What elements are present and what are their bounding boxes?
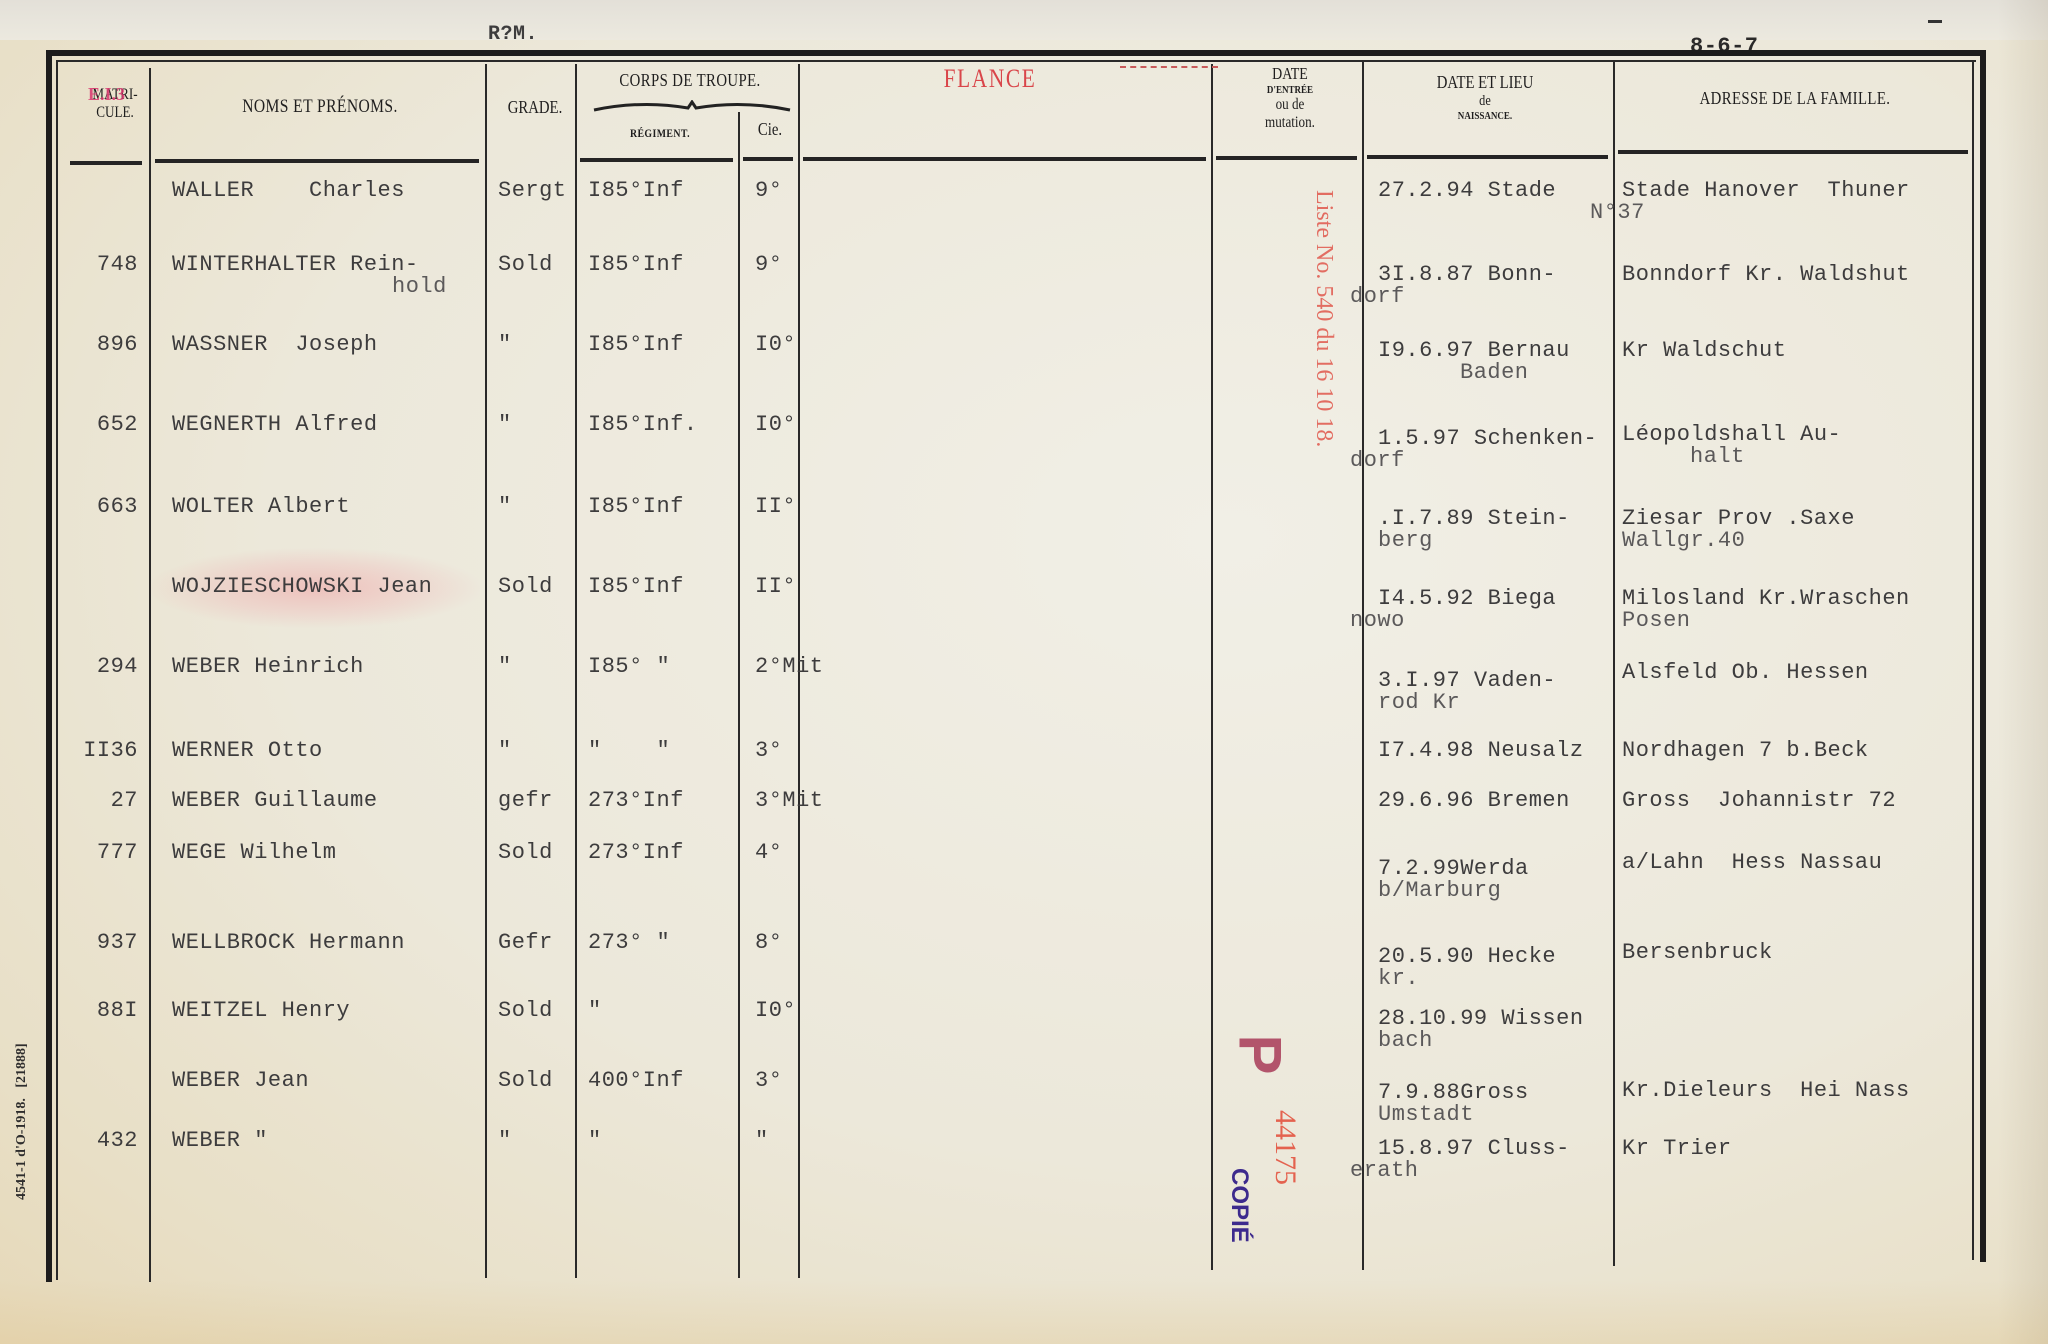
header-rule (1618, 150, 1968, 154)
cell-compagnie: " (755, 1130, 769, 1152)
cell-compagnie: II° (755, 496, 796, 518)
p-number-stamp: 44175 (1268, 1110, 1302, 1185)
cell-nom: WEBER " (172, 1130, 268, 1152)
cell-adresse: Ziesar Prov .Saxe (1622, 508, 1855, 530)
cell-naissance-continued: rod Kr (1378, 692, 1460, 714)
col-divider-noms (485, 64, 487, 1278)
cell-compagnie: 3° (755, 740, 782, 762)
cell-grade: Sold (498, 254, 553, 276)
ink-mark (1928, 20, 1942, 23)
cell-nom: WEBER Heinrich (172, 656, 364, 678)
cell-matricule: 663 (48, 496, 138, 518)
cell-naissance-continued: bach (1378, 1030, 1433, 1052)
col-divider-grade (575, 64, 577, 1278)
matricule-stamp: E.I.3 (88, 84, 125, 105)
cell-adresse: Gross Johannistr 72 (1622, 790, 1896, 812)
cell-matricule: 896 (48, 334, 138, 356)
cell-regiment: I85°Inf (588, 334, 684, 356)
header-naissance: DATE ET LIEU de NAISSANCE. (1391, 72, 1580, 122)
cell-compagnie: I0° (755, 414, 796, 436)
cell-naissance: 29.6.96 Bremen (1378, 790, 1570, 812)
cell-matricule: 294 (48, 656, 138, 678)
cell-nom: WEITZEL Henry (172, 1000, 350, 1022)
cell-adresse-continued: halt (1690, 446, 1745, 468)
header-regiment: RÉGIMENT. (611, 126, 709, 141)
header-noms: NOMS ET PRÉNOMS. (189, 96, 451, 118)
p-stamp: P (1226, 1034, 1295, 1074)
cell-naissance-continued: dorf (1350, 450, 1405, 472)
cell-naissance-continued: berg (1378, 530, 1433, 552)
cell-grade: Gefr (498, 932, 553, 954)
page-bottom-margin (0, 1280, 2048, 1344)
cell-matricule: 88I (48, 1000, 138, 1022)
cell-regiment: 273°Inf (588, 842, 684, 864)
header-rule (155, 159, 479, 163)
header-rule (743, 157, 793, 161)
cell-matricule: 937 (48, 932, 138, 954)
cell-nom: WEGE Wilhelm (172, 842, 336, 864)
cell-naissance: 1.5.97 Schenken- (1378, 428, 1597, 450)
cell-adresse: Léopoldshall Au- (1622, 424, 1841, 446)
frame-right (1980, 50, 1986, 1262)
cell-nom: WERNER Otto (172, 740, 323, 762)
cell-naissance-continued: nowo (1350, 610, 1405, 632)
cell-naissance: 15.8.97 Cluss- (1378, 1138, 1570, 1160)
col-divider-date-entree (1362, 60, 1364, 1270)
cell-adresse: a/Lahn Hess Nassau (1622, 852, 1882, 874)
col-divider-matricule (149, 68, 151, 1282)
header-compagnie: Cie. (750, 120, 791, 138)
cell-nom: WOLTER Albert (172, 496, 350, 518)
cell-adresse: Bersenbruck (1622, 942, 1773, 964)
cell-adresse: Alsfeld Ob. Hessen (1622, 662, 1869, 684)
cell-regiment: I85° " (588, 656, 670, 678)
cell-compagnie: II° (755, 576, 796, 598)
cell-grade: Sold (498, 1000, 553, 1022)
header-date-entree-2: D'ENTRÉE (1233, 84, 1348, 96)
cell-regiment: " " (588, 740, 670, 762)
header-date-entree-1: DATE (1233, 64, 1348, 84)
cell-grade: Sold (498, 1070, 553, 1092)
cell-regiment: I85°Inf (588, 180, 684, 202)
page-edge-shadow (1998, 0, 2048, 1344)
cell-naissance: .I.7.89 Stein- (1378, 508, 1570, 530)
cell-regiment: 273° " (588, 932, 670, 954)
col-divider-regiment (738, 112, 740, 1278)
header-naissance-2: de (1391, 93, 1580, 110)
frame-top (46, 50, 1986, 56)
cell-compagnie: 9° (755, 254, 782, 276)
cell-naissance-continued: Baden (1460, 362, 1529, 384)
cell-grade: " (498, 740, 512, 762)
header-matricule-line2: CULE. (70, 104, 160, 122)
cell-matricule: 652 (48, 414, 138, 436)
cell-naissance: 7.2.99Werda (1378, 858, 1529, 880)
cell-adresse-continued: Wallgr.40 (1622, 530, 1745, 552)
cell-naissance: I4.5.92 Biega (1378, 588, 1556, 610)
cell-naissance: 20.5.90 Hecke (1378, 946, 1556, 968)
header-date-entree-3: ou de (1233, 96, 1348, 114)
cell-adresse: Nordhagen 7 b.Beck (1622, 740, 1869, 762)
cell-regiment: 273°Inf (588, 790, 684, 812)
cell-adresse: Stade Hanover Thuner (1622, 180, 1910, 202)
col-divider-naissance (1613, 60, 1615, 1266)
cell-nom-continued: hold (392, 276, 447, 298)
cell-naissance: 3.I.97 Vaden- (1378, 670, 1556, 692)
cell-naissance-continued: erath (1350, 1160, 1419, 1182)
printer-imprint: 4541-1 d'O-1918. [21888] (14, 1043, 30, 1200)
cell-nom: WASSNER Joseph (172, 334, 378, 356)
cell-naissance-continued: dorf (1350, 286, 1405, 308)
cell-matricule: 432 (48, 1130, 138, 1152)
cell-matricule: 27 (48, 790, 138, 812)
header-corps: CORPS DE TROUPE. (600, 70, 780, 91)
corps-brace (592, 100, 792, 114)
cell-naissance: 3I.8.87 Bonn- (1378, 264, 1556, 286)
cell-naissance: 7.9.88Gross (1378, 1082, 1529, 1104)
cell-adresse: Bonndorf Kr. Waldshut (1622, 264, 1910, 286)
cell-compagnie: 2°Mit (755, 656, 824, 678)
cell-grade: " (498, 334, 512, 356)
cell-nom: WEBER Jean (172, 1070, 309, 1092)
cell-compagnie: 9° (755, 180, 782, 202)
cell-naissance-continued: kr. (1378, 968, 1419, 990)
cell-regiment: I85°Inf (588, 576, 684, 598)
cell-grade: " (498, 414, 512, 436)
header-rule (803, 157, 1206, 161)
cell-compagnie: I0° (755, 1000, 796, 1022)
col-divider-destination (1211, 64, 1213, 1270)
header-date-entree: DATE D'ENTRÉE ou de mutation. (1233, 64, 1348, 132)
cell-grade: " (498, 496, 512, 518)
header-rule (70, 161, 142, 165)
cell-regiment: " (588, 1000, 602, 1022)
header-rule (1216, 156, 1357, 160)
top-code: R?M. (488, 24, 538, 46)
header-rule (580, 158, 733, 162)
cell-compagnie: I0° (755, 334, 796, 356)
cell-nom: WINTERHALTER Rein- (172, 254, 419, 276)
cell-compagnie: 3° (755, 1070, 782, 1092)
cell-adresse: Kr.Dieleurs Hei Nass (1622, 1080, 1910, 1102)
cell-matricule: 748 (48, 254, 138, 276)
cell-adresse: Kr Trier (1622, 1138, 1732, 1160)
cell-nom: WOJZIESCHOWSKI Jean (172, 576, 432, 598)
cell-compagnie: 8° (755, 932, 782, 954)
cell-nom: WALLER Charles (172, 180, 405, 202)
cell-naissance-continued: Umstadt (1378, 1104, 1474, 1126)
header-naissance-1: DATE ET LIEU (1391, 72, 1580, 93)
cell-naissance: 27.2.94 Stade (1378, 180, 1556, 202)
frame-right-inner (1972, 60, 1974, 1260)
header-rule (1367, 155, 1608, 159)
cell-naissance: 28.10.99 Wissen (1378, 1008, 1584, 1030)
cell-naissance-continued: b/Marburg (1378, 880, 1501, 902)
cell-regiment: " (588, 1130, 602, 1152)
cell-regiment: I85°Inf (588, 496, 684, 518)
cell-grade: Sold (498, 576, 553, 598)
red-dash-line (1120, 66, 1218, 68)
cell-grade: " (498, 1130, 512, 1152)
cell-compagnie: 4° (755, 842, 782, 864)
header-destination-stamp: FLANCE (916, 64, 1064, 94)
cell-regiment: 400°Inf (588, 1070, 684, 1092)
header-naissance-3: NAISSANCE. (1391, 110, 1580, 122)
cell-naissance: I7.4.98 Neusalz (1378, 740, 1584, 762)
cell-nom: WEBER Guillaume (172, 790, 378, 812)
cell-nom: WEGNERTH Alfred (172, 414, 378, 436)
cell-grade: Sold (498, 842, 553, 864)
cell-regiment: I85°Inf. (588, 414, 698, 436)
cell-regiment: I85°Inf (588, 254, 684, 276)
cell-naissance: I9.6.97 Bernau (1378, 340, 1570, 362)
header-grade: GRADE. (490, 98, 580, 116)
cell-adresse-continued: N°37 (1590, 202, 1645, 224)
cell-matricule: II36 (48, 740, 138, 762)
cell-grade: " (498, 656, 512, 678)
cell-adresse-continued: Posen (1622, 610, 1691, 632)
cell-adresse: Milosland Kr.Wraschen (1622, 588, 1910, 610)
frame-top-inner (56, 60, 1976, 62)
cell-nom: WELLBROCK Hermann (172, 932, 405, 954)
cell-matricule: 777 (48, 842, 138, 864)
copie-stamp: COPIÉ (1225, 1168, 1253, 1243)
cell-grade: gefr (498, 790, 553, 812)
cell-adresse: Kr Waldschut (1622, 340, 1786, 362)
header-date-entree-4: mutation. (1233, 114, 1348, 132)
cell-grade: Sergt (498, 180, 567, 202)
cell-compagnie: 3°Mit (755, 790, 824, 812)
header-adresse: ADRESSE DE LA FAMILLE. (1652, 88, 1939, 109)
liste-stamp: Liste No. 540 du 16 10 18. (1310, 190, 1337, 447)
